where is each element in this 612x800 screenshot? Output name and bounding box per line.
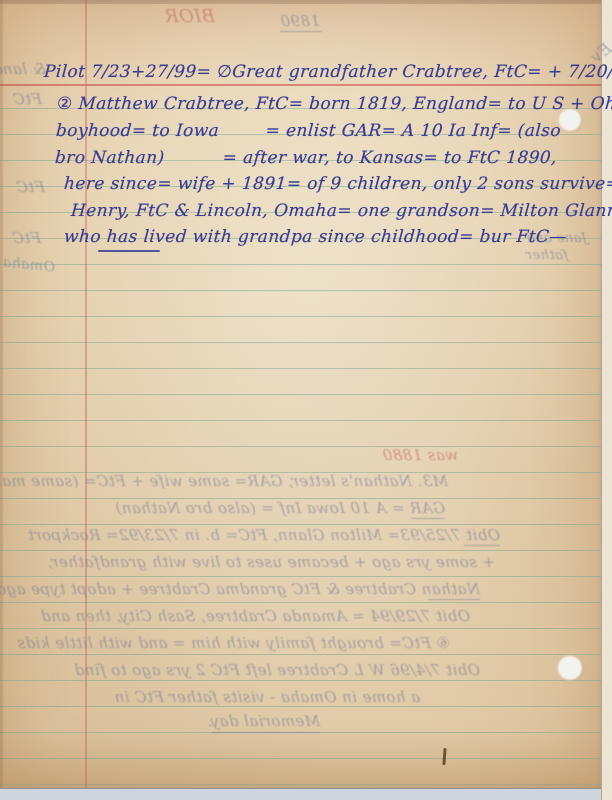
emphasis-underline (98, 250, 160, 252)
handwritten-line: here since= wife + 1891= of 9 children, … (63, 172, 612, 196)
handwritten-line: boyhood= to Iowa = enlist GAR= A 10 Ia I… (55, 119, 562, 143)
hole-punch-bottom (559, 657, 581, 679)
handwritten-line: bro Nathan) = after war, to Kansas= to F… (54, 146, 558, 170)
hole-punch-top (560, 110, 580, 130)
handwriting-layer: Pilot 7/23+27/99= ∅Great grandfather Cra… (0, 0, 612, 800)
scanned-page: BIOR 1890 Ev & land FtC FtC FtC Omaha Ja… (0, 0, 612, 800)
handwritten-line: Henry, FtC & Lincoln, Omaha= one grandso… (70, 199, 612, 223)
handwritten-line: ② Matthew Crabtree, FtC= born 1819, Engl… (56, 92, 612, 116)
handwritten-line: who has lived with grandpa since childho… (63, 225, 567, 249)
handwritten-line: Pilot 7/23+27/99= ∅Great grandfather Cra… (43, 60, 612, 84)
